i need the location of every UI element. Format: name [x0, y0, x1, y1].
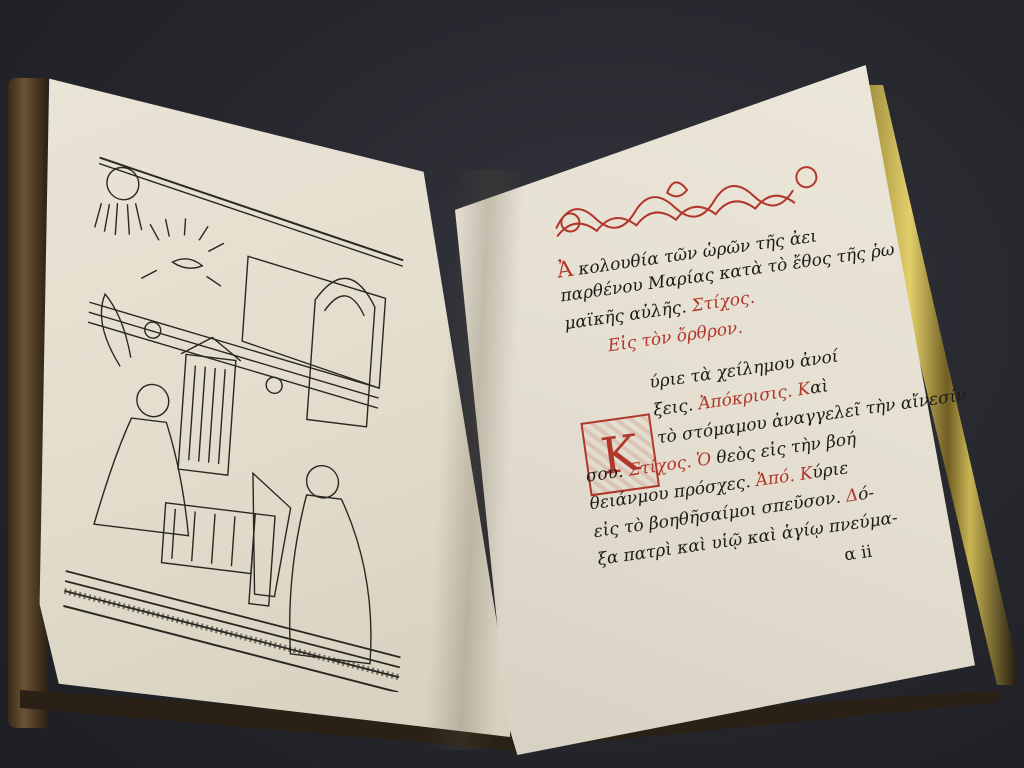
book-cover-left-edge — [8, 78, 48, 728]
right-page-text: Ἀ κολουθία τῶν ὡρῶν τῆς ἀει παρθένου Μαρ… — [540, 105, 921, 605]
annunciation-woodcut — [60, 152, 443, 693]
lectern-icon — [244, 473, 293, 608]
angel-figure-icon — [87, 294, 205, 536]
virgin-figure-icon — [286, 463, 383, 664]
god-the-father-icon — [94, 165, 145, 239]
folio-signature: α ii — [843, 542, 873, 566]
holy-spirit-dove-icon — [141, 214, 225, 289]
